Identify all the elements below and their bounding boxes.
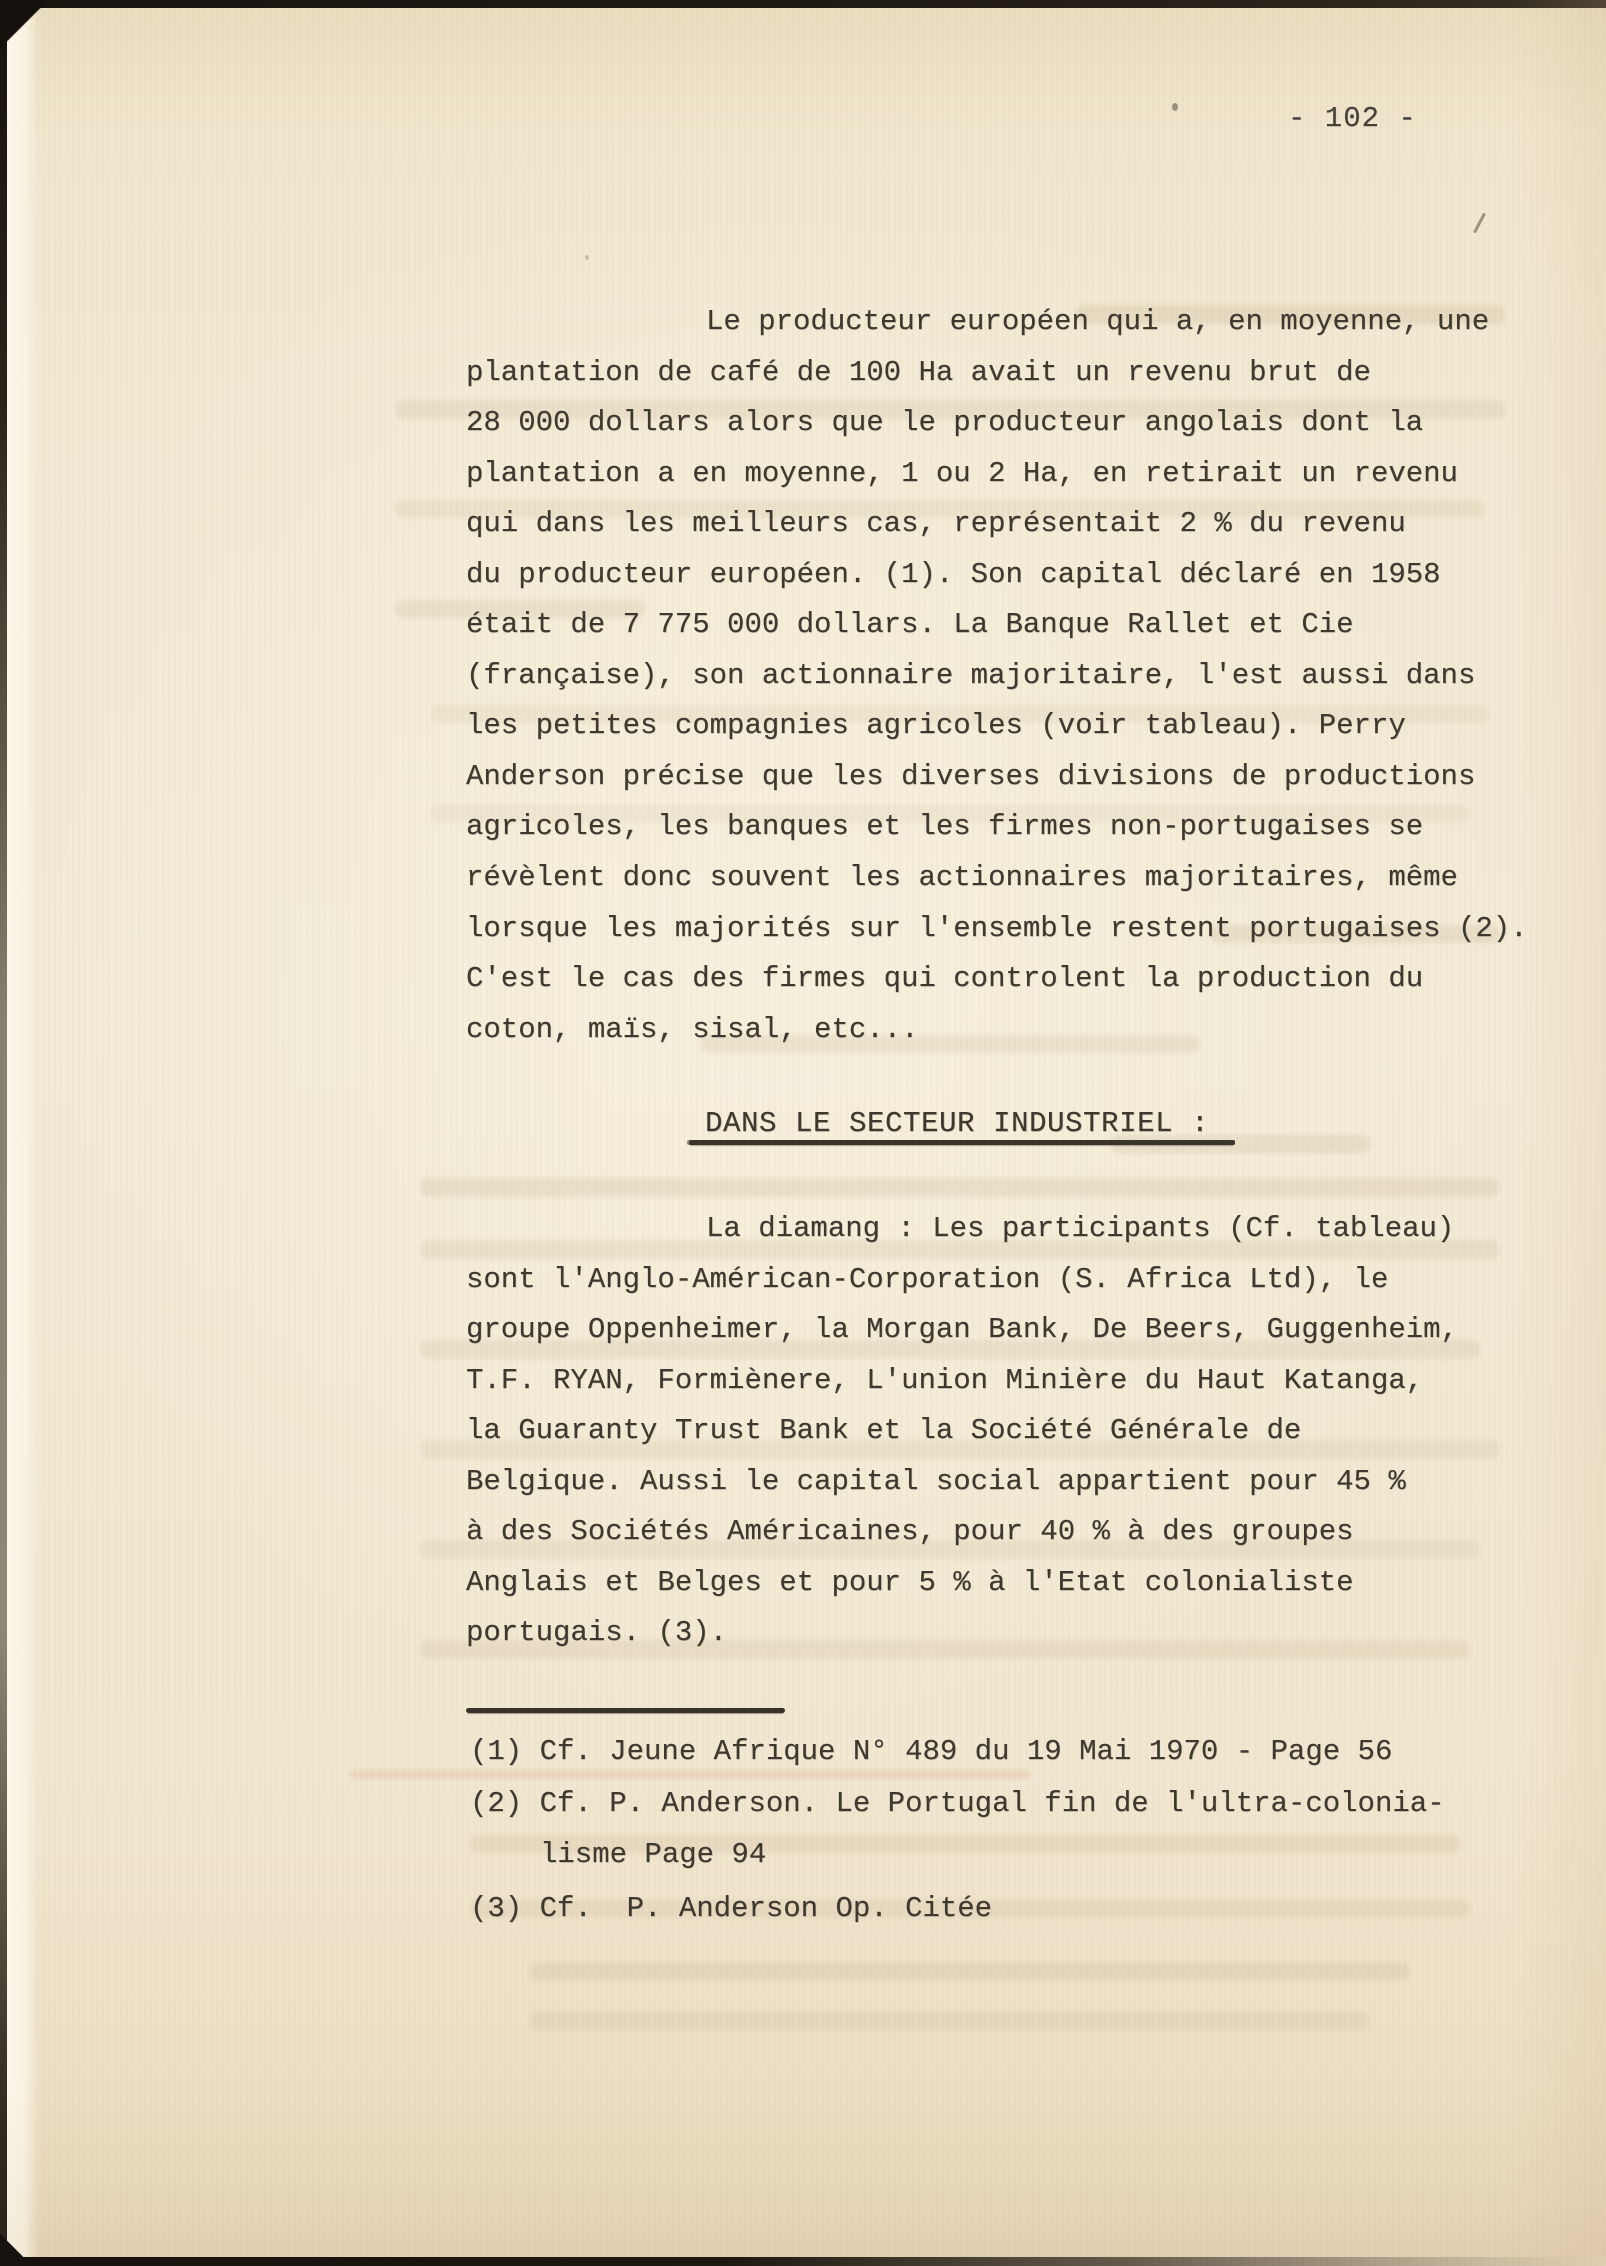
text-line: lorsque les majorités sur l'ensemble res… xyxy=(466,904,1528,955)
text-line: du producteur européen. (1). Son capital… xyxy=(466,550,1528,601)
page-edge-shadow-bottom xyxy=(0,2257,1606,2266)
text-line: (française), son actionnaire majoritaire… xyxy=(466,651,1528,702)
text-line: (2) Cf. P. Anderson. Le Portugal fin de … xyxy=(470,1779,1445,1830)
text-line: La diamang : Les participants (Cf. table… xyxy=(466,1204,1458,1255)
text-line: 28 000 dollars alors que le producteur a… xyxy=(466,398,1528,449)
text-line: portugais. (3). xyxy=(466,1608,1458,1659)
text-line: T.F. RYAN, Formiènere, L'union Minière d… xyxy=(466,1356,1458,1407)
text-line: coton, maïs, sisal, etc... xyxy=(466,1005,1528,1056)
text-line: Anderson précise que les diverses divisi… xyxy=(466,752,1528,803)
text-line: groupe Oppenheimer, la Morgan Bank, De B… xyxy=(466,1305,1458,1356)
heading-underline xyxy=(689,1140,1235,1145)
paragraph-2: La diamang : Les participants (Cf. table… xyxy=(466,1204,1458,1659)
page-shade-right xyxy=(1511,0,1606,2266)
page-edge-shadow-top xyxy=(0,0,1606,8)
page-shade-bottom xyxy=(0,2077,1606,2257)
text-line: (3) Cf. P. Anderson Op. Citée xyxy=(470,1884,992,1935)
text-line: qui dans les meilleurs cas, représentait… xyxy=(466,499,1528,550)
scanned-page: - 102 - Le producteur européen qui a, en… xyxy=(0,0,1606,2266)
bleedthrough-smudge xyxy=(530,2012,1370,2030)
footnote-2: (2) Cf. P. Anderson. Le Portugal fin de … xyxy=(470,1779,1445,1880)
section-heading: DANS LE SECTEUR INDUSTRIEL : xyxy=(705,1106,1209,1142)
text-line: la Guaranty Trust Bank et la Société Gén… xyxy=(466,1406,1458,1457)
text-line: était de 7 775 000 dollars. La Banque Ra… xyxy=(466,600,1528,651)
paper-speck xyxy=(585,255,589,260)
text-line: lisme Page 94 xyxy=(470,1830,1445,1881)
text-line: Le producteur européen qui a, en moyenne… xyxy=(466,297,1528,348)
bleedthrough-smudge xyxy=(420,1178,1500,1197)
footnote-3: (3) Cf. P. Anderson Op. Citée xyxy=(470,1884,992,1935)
page-corner-shadow xyxy=(0,2220,60,2266)
paragraph-1: Le producteur européen qui a, en moyenne… xyxy=(466,297,1528,1055)
page-edge-shadow-left xyxy=(0,0,7,2266)
footnote-1: (1) Cf. Jeune Afrique N° 489 du 19 Mai 1… xyxy=(470,1727,1392,1778)
text-line: plantation a en moyenne, 1 ou 2 Ha, en r… xyxy=(466,449,1528,500)
text-line: Anglais et Belges et pour 5 % à l'Etat c… xyxy=(466,1558,1458,1609)
text-line: plantation de café de 100 Ha avait un re… xyxy=(466,348,1528,399)
text-line: à des Sociétés Américaines, pour 40 % à … xyxy=(466,1507,1458,1558)
text-line: sont l'Anglo-Américan-Corporation (S. Af… xyxy=(466,1255,1458,1306)
text-line: C'est le cas des firmes qui controlent l… xyxy=(466,954,1528,1005)
page-edge-light xyxy=(7,0,39,2266)
paper-speck xyxy=(1172,103,1178,111)
footnote-separator xyxy=(466,1708,785,1713)
text-line: Belgique. Aussi le capital social appart… xyxy=(466,1457,1458,1508)
text-line: (1) Cf. Jeune Afrique N° 489 du 19 Mai 1… xyxy=(470,1727,1392,1778)
page-corner-shadow xyxy=(0,0,95,75)
page-number: - 102 - xyxy=(1288,102,1417,135)
text-line: révèlent donc souvent les actionnaires m… xyxy=(466,853,1528,904)
bleedthrough-smudge xyxy=(530,1962,1410,1980)
text-line: agricoles, les banques et les firmes non… xyxy=(466,802,1528,853)
paper-scratch xyxy=(1473,213,1486,234)
text-line: les petites compagnies agricoles (voir t… xyxy=(466,701,1528,752)
